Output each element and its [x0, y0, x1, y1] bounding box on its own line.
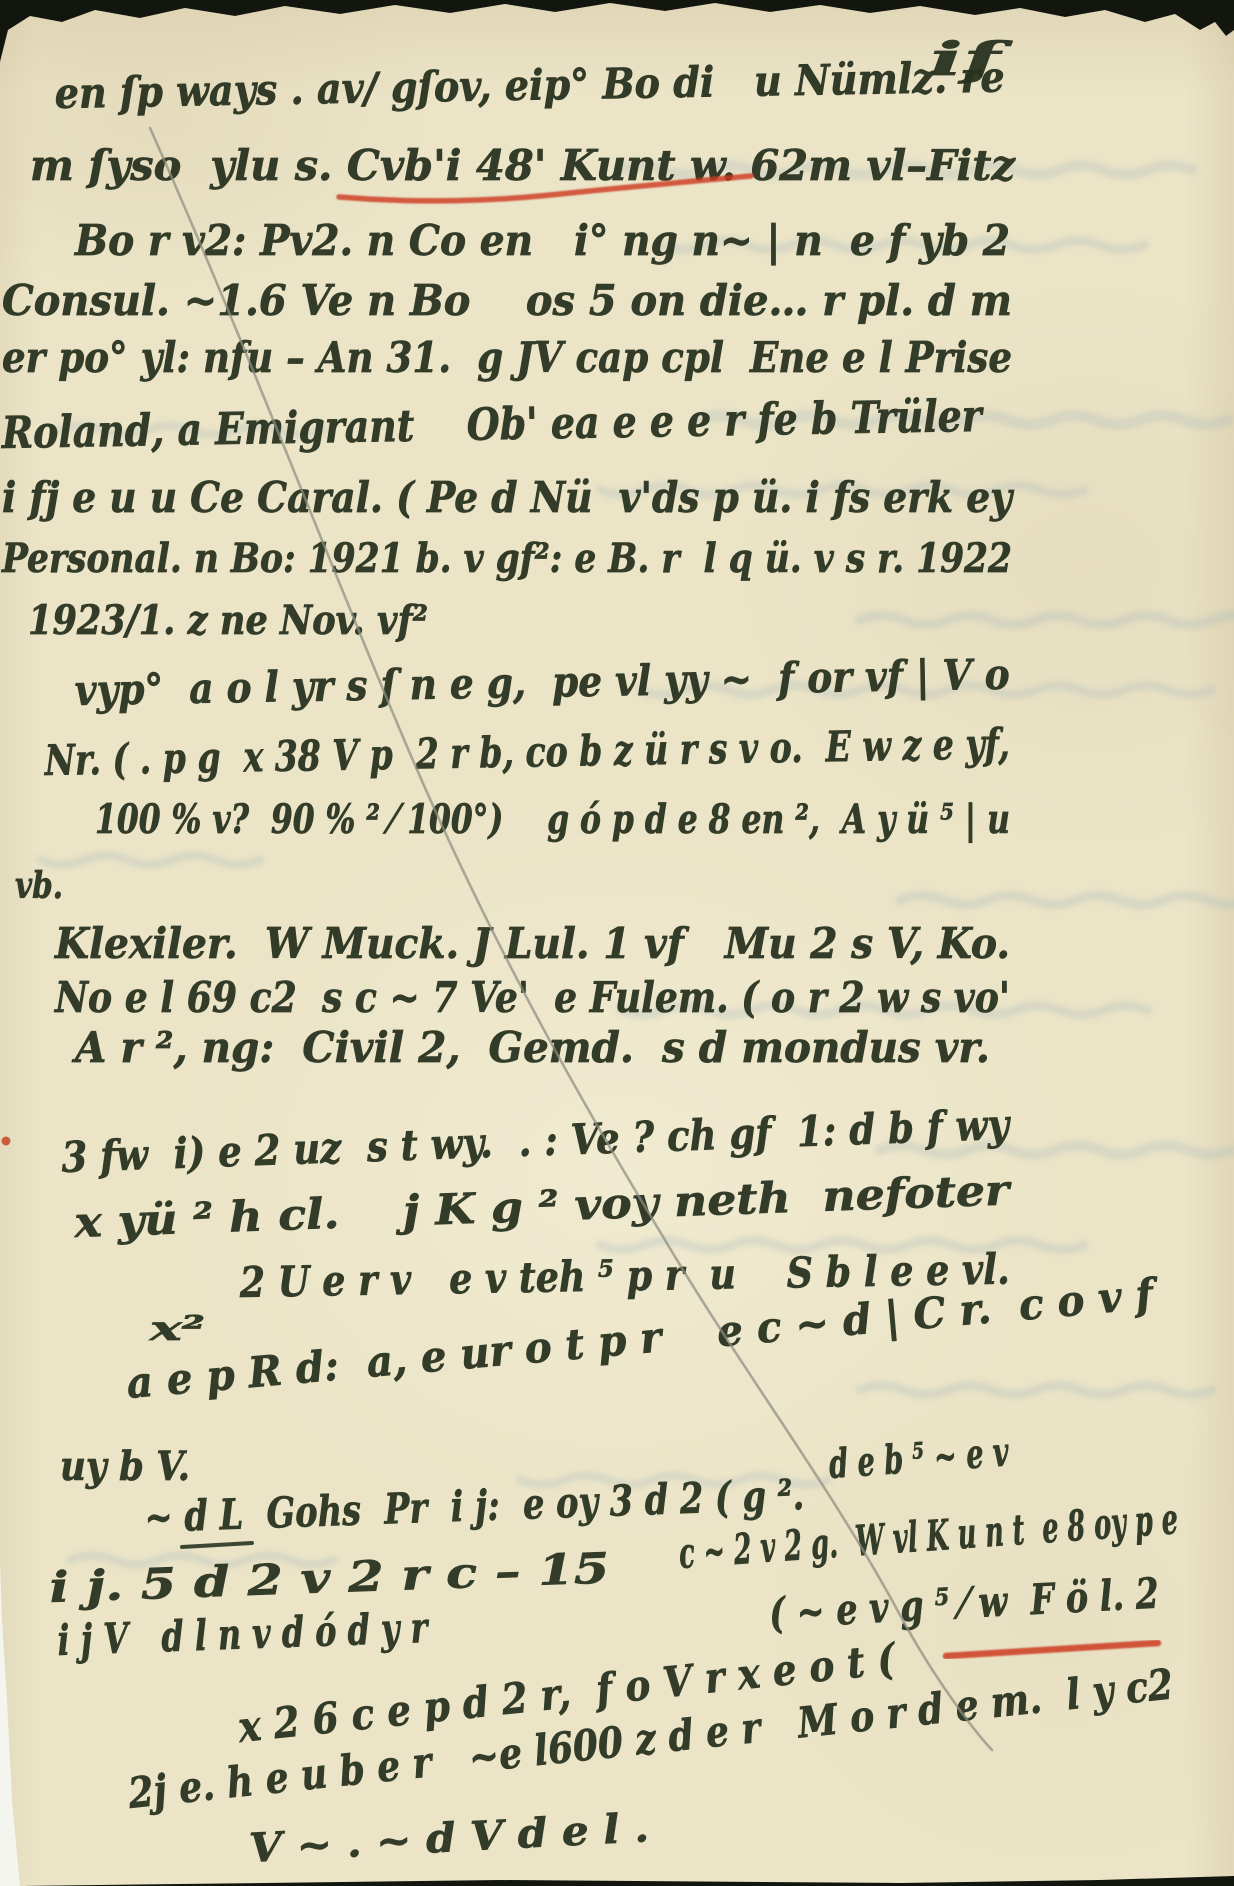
handwriting-line: 1923/1. z ne Nov. vf²	[28, 597, 428, 644]
handwriting-line: Bo r v2: Pv2. n Co en i° ng n~ | n e f y…	[74, 216, 1010, 265]
bleedthrough-squiggle	[860, 1386, 1212, 1395]
handwriting-line: i j V d l n v d ó d y r	[57, 1603, 431, 1665]
handwriting-line: i fj e u u Ce Caral. ( Pe d Nü v'ds p ü.…	[2, 473, 1014, 522]
handwriting-line: V ~ . ~ d V d e l .	[248, 1804, 650, 1872]
handwriting-line: No e l 69 c2 s c ~ 7 Ve' e Fulem. ( o r …	[53, 973, 1010, 1022]
bleedthrough-squiggle	[900, 896, 1234, 905]
bleedthrough-squiggle	[40, 856, 260, 865]
handwriting-line: vb.	[15, 865, 63, 907]
handwriting-layer: ifen ſp ways . av/ gſov, eip° Bo di u Nü…	[0, 0, 1234, 1886]
handwriting-line: d e b ⁵ ~ e v	[827, 1428, 1010, 1487]
handwriting-line: x yü ² h cl. j K g ² voy neth nefoter	[73, 1165, 1013, 1247]
handwriting-line: Nr. ( . p g x 38 V p 2 r b, co b z ü r s…	[43, 719, 1010, 785]
handwriting-line: en ſp ways . av/ gſov, eip° Bo di u Nüml…	[54, 52, 1005, 118]
handwriting-line: x²	[148, 1309, 205, 1349]
handwriting-line: i j. 5 d 2 v 2 r c – 15	[49, 1543, 610, 1612]
handwriting-line: Consul. ~1.6 Ve n Bo os 5 on die… r pl. …	[2, 276, 1012, 325]
handwriting-line: Personal. n Bo: 1921 b. v gf²: e B. r l …	[1, 535, 1012, 582]
ink-underline-gohs	[182, 1543, 252, 1547]
handwriting-line: ( ~ e v g ⁵ ⁄ w F ö l. 2	[768, 1569, 1160, 1638]
handwriting-line: vyp° a o l yr s ſ n e g, pe vl yy ~ f or…	[74, 650, 1010, 715]
red-margin-dot	[2, 1137, 11, 1146]
handwriting-line: uy b V.	[60, 1443, 190, 1490]
scanner-background: { "page": { "width": 1234, "height": 188…	[0, 0, 1234, 1886]
handwriting-line: A r ², ng: Civil 2, Gemd. s d mondus vr.	[71, 1023, 990, 1072]
handwriting-line: Klexiler. W Muck. J Lul. 1 vf Mu 2 s V, …	[54, 919, 1010, 968]
handwriting-line: m ſyso ylu s. Cvb'i 48' Kunt w. 62m vl–F…	[30, 141, 1016, 190]
red-underline-bottom	[946, 1643, 1158, 1656]
handwriting-text: ifen ſp ways . av/ gſov, eip° Bo di u Nü…	[0, 32, 1179, 1872]
handwriting-line: 100 % v? 90 % ² ⁄ 100°) g ó p d e 8 en ²…	[95, 796, 1010, 843]
handwriting-line: Roland, a Emigrant Ob' ea e e e r fe b T…	[0, 391, 984, 459]
bleedthrough-squiggle	[860, 616, 1234, 625]
handwriting-line: er po° yl: nfu – An 31. g JV cap cpl Ene…	[2, 333, 1012, 382]
